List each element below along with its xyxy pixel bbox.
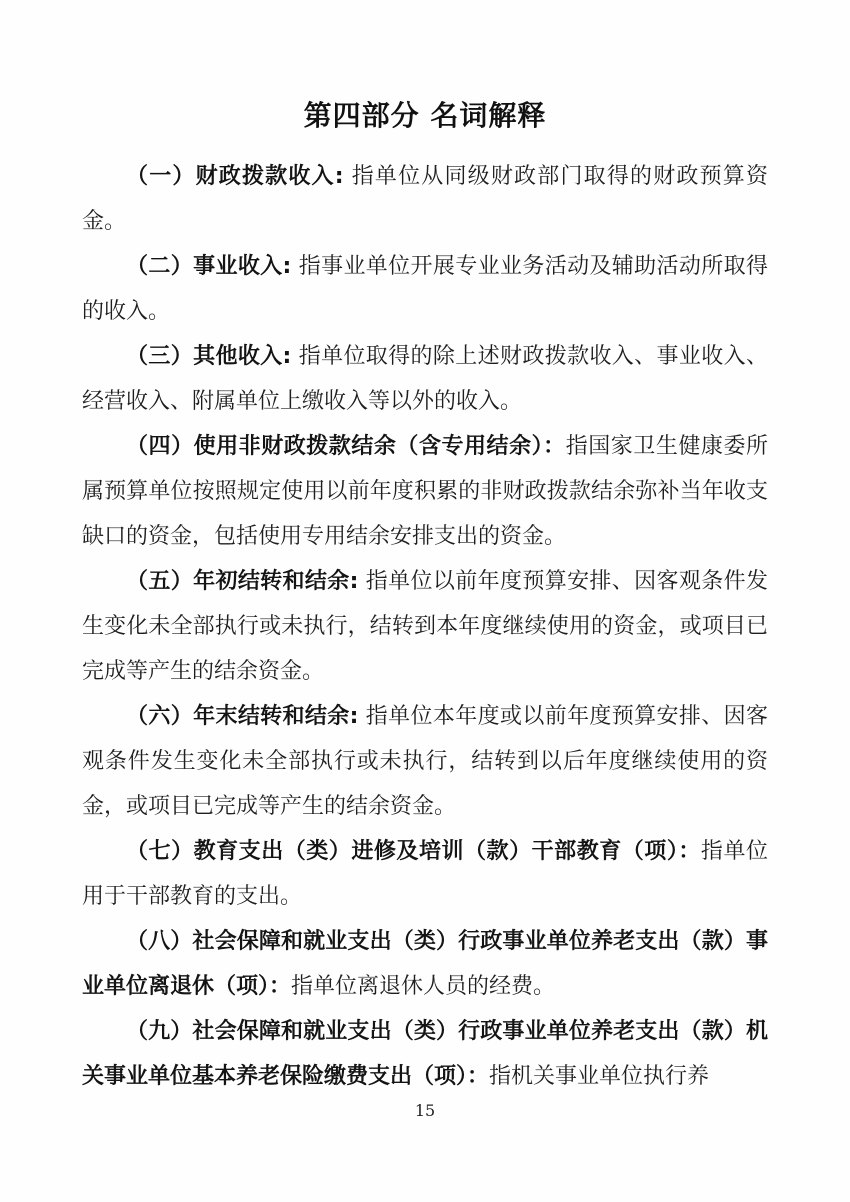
- term-label: （二）事业收入:: [126, 254, 291, 279]
- glossary-paragraph: （二）事业收入: 指事业单位开展专业业务活动及辅助活动所取得的收入。: [82, 244, 768, 334]
- page-title: 第四部分 名词解释: [82, 98, 768, 134]
- glossary-paragraph: （六）年末结转和结余: 指单位本年度或以前年度预算安排、因客观条件发生变化未全部…: [82, 694, 768, 829]
- term-label: （五）年初结转和结余:: [126, 569, 358, 594]
- document-page: 第四部分 名词解释 （一）财政拨款收入: 指单位从同级财政部门取得的财政预算资金…: [0, 0, 850, 1202]
- term-label: （四）使用非财政拨款结余（含专用结余）：: [126, 434, 566, 459]
- glossary-paragraph: （七）教育支出（类）进修及培训（款）干部教育（项）：指单位用于干部教育的支出。: [82, 829, 768, 919]
- glossary-paragraph: （九）社会保障和就业支出（类）行政事业单位养老支出（款）机关事业单位基本养老保险…: [82, 1009, 768, 1099]
- glossary-paragraph: （八）社会保障和就业支出（类）行政事业单位养老支出（款）事业单位离退休（项）：指…: [82, 919, 768, 1009]
- glossary-paragraph: （四）使用非财政拨款结余（含专用结余）：指国家卫生健康委所属预算单位按照规定使用…: [82, 424, 768, 559]
- glossary-section: （一）财政拨款收入: 指单位从同级财政部门取得的财政预算资金。 （二）事业收入:…: [82, 154, 768, 1099]
- glossary-paragraph: （五）年初结转和结余: 指单位以前年度预算安排、因客观条件发生变化未全部执行或未…: [82, 559, 768, 694]
- term-definition: 指机关事业单位执行养: [489, 1064, 709, 1089]
- term-label: （三）其他收入:: [126, 344, 291, 369]
- glossary-paragraph: （一）财政拨款收入: 指单位从同级财政部门取得的财政预算资金。: [82, 154, 768, 244]
- page-number: 15: [0, 1101, 850, 1120]
- term-definition: 指单位离退休人员的经费。: [291, 974, 555, 999]
- term-label: （一）财政拨款收入:: [126, 164, 344, 189]
- term-label: （六）年末结转和结余:: [126, 704, 358, 729]
- term-label: （七）教育支出（类）进修及培训（款）干部教育（项）：: [126, 839, 701, 864]
- glossary-paragraph: （三）其他收入: 指单位取得的除上述财政拨款收入、事业收入、经营收入、附属单位上…: [82, 334, 768, 424]
